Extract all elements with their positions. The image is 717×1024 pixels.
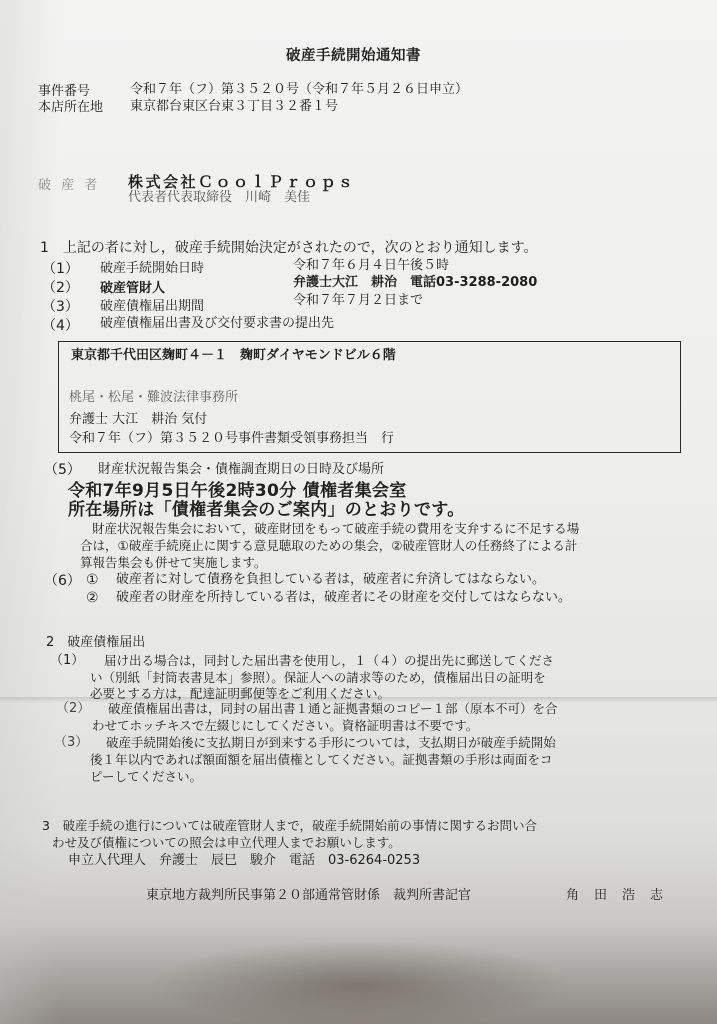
s2-item1-num: （1） [50, 653, 84, 669]
case-number-label: 事件番号 [38, 84, 90, 100]
section2-heading: 2 破産債権届出 [46, 635, 145, 651]
receiving-department: 令和７年（フ）第３５２０号事件書類受領事務担当 行 [69, 431, 394, 447]
section1-intro: 1 上記の者に対し，破産手続開始決定がされたので，次のとおり通知します。 [40, 240, 538, 257]
bankrupt-name: 株式会社ＣｏｏｌＰｒｏｐｓ [128, 171, 356, 192]
item1-label: 破産手続開始日時 [100, 261, 204, 277]
head-office-label: 本店所在地 [38, 100, 103, 116]
item3-label: 破産債権届出期間 [100, 299, 204, 315]
meeting-datetime: 令和7年9月5日午後2時30分 債権者集会室 [68, 481, 407, 501]
submission-address: 東京都千代田区麹町４－１ 麹町ダイヤモンドビル６階 [71, 348, 396, 364]
clerk-name: 角 田 浩 志 [566, 888, 664, 904]
item3-num: （3） [42, 299, 79, 316]
meeting-location: 所在場所は「債権者集会のご案内」のとおりです。 [68, 500, 465, 520]
item6-line2: 破産者の財産を所持している者は，破産者にその財産を交付してはならない。 [116, 590, 571, 606]
representative: 代表者代表取締役 川崎 美佳 [128, 190, 310, 206]
document-title: 破産手続開始通知書 [286, 44, 421, 65]
item2-num: （2） [42, 280, 79, 297]
item1-num: （1） [42, 261, 79, 278]
petitioner-agent: 申立人代理人 弁護士 辰巳 駿介 電話 03-6264-0253 [68, 853, 420, 869]
item5-note-line2: 合は，①破産手続廃止に関する意見聴取のための集会，②破産管財人の任務終了による計 [80, 538, 577, 554]
item6-num: （6） [44, 573, 81, 590]
item5-note-line1: 財産状況報告集会において，破産財団をもって破産手続の費用を支弁するに不足する場 [92, 521, 579, 537]
item6-mark1: ① [86, 572, 99, 589]
s2-item3-line2: 後１年以内であれば額面額を届出債権としてください。証拠書類の手形は両面をコ [90, 752, 553, 768]
s2-item2-num: （2） [56, 701, 90, 717]
court-name: 東京地方裁判所民事第２０部通常管財係 裁判所書記官 [146, 888, 471, 904]
item5-note-line3: 算報告集会も併せて実施します。 [80, 555, 267, 571]
item3-value: 令和７年７月２日まで [293, 293, 423, 309]
s2-item2-line2: わせてホッチキスで左綴じにしてください。資格証明書は不要です。 [92, 718, 478, 734]
item1-value: 令和７年６月４日午後５時 [293, 258, 449, 274]
s2-item3-num: （3） [54, 735, 88, 751]
item4-label: 破産債権届出書及び交付要求書の提出先 [100, 316, 334, 332]
item2-label: 破産管財人 [100, 281, 165, 297]
bankrupt-label: 破 産 者 [38, 178, 100, 194]
law-firm: 桃尾・松尾・難波法律事務所 [69, 390, 238, 406]
submission-address-box: 東京都千代田区麹町４－１ 麹町ダイヤモンドビル６階 桃尾・松尾・難波法律事務所 … [58, 341, 681, 453]
s2-item3-line1: 破産手続開始後に支払期日が到来する手形については，支払期日が破産手続開始 [106, 735, 556, 751]
item6-mark2: ② [86, 590, 99, 607]
item4-num: （4） [42, 318, 79, 335]
s2-item1-line2: い（別紙「封筒表書見本」参照）。保証人への請求等のため，債権届出日の証明を [90, 670, 546, 686]
paper-shading [0, 0, 60, 1024]
head-office: 東京都台東区台東３丁目３２番１号 [130, 99, 338, 115]
item6-line1: 破産者に対して債務を負担している者は，破産者に弁済してはならない。 [116, 572, 545, 588]
item2-value: 弁護士大江 耕治 電話03-3288-2080 [293, 275, 537, 291]
attorney-care-of: 弁護士 大江 耕治 気付 [69, 412, 207, 428]
s2-item2-line1: 破産債権届出書は，同封の届出書１通と証拠書類のコピー１部（原本不可）を合 [108, 701, 558, 717]
photo-shadow [150, 940, 570, 1024]
section3-line2: わせ及び債権についての照会は申立代理人までお願いします。 [52, 835, 401, 851]
s2-item1-line1: 届け出る場合は，同封した届出書を使用し，１（４）の提出先に郵送してくださ [104, 653, 554, 669]
case-number: 令和７年（フ）第３５２０号（令和７年５月２６日申立） [130, 82, 468, 98]
item5-label: 財産状況報告集会・債権調査期日の日時及び場所 [98, 462, 384, 478]
section3-line1: 3 破産手続の進行については破産管財人まで，破産手続開始前の事情に関するお問い合 [42, 818, 537, 834]
s2-item3-line3: ピーしてください。 [90, 769, 202, 785]
item5-num: （5） [44, 462, 81, 479]
s2-item1-line3: 必要とする方は，配達証明郵便等をご利用ください。 [90, 686, 390, 702]
